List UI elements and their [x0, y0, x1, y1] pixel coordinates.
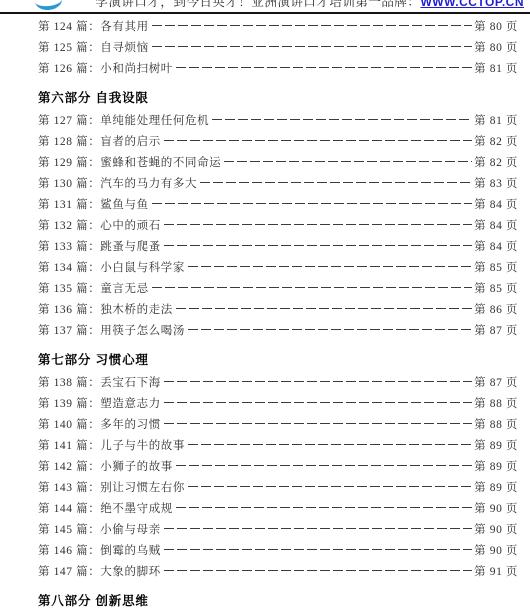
dotted-leader	[152, 203, 472, 204]
toc-entry: 第 130 篇：汽车的马力有多大 第 83 页	[38, 172, 518, 193]
toc-entry: 第 127 篇：单纯能处理任何危机 第 81 页	[38, 109, 518, 130]
toc-entry-title: 第 144 篇：绝不墨守成规	[38, 500, 173, 516]
toc-entry-title: 第 132 篇：心中的顽石	[38, 217, 161, 233]
toc-entry-title: 第 142 篇：小狮子的故事	[38, 458, 173, 474]
toc-entry: 第 125 篇：自寻烦恼 第 80 页	[38, 36, 518, 57]
dotted-leader	[164, 381, 472, 382]
toc-entry-title: 第 133 篇：跳蚤与爬蚤	[38, 238, 161, 254]
toc-entry-page: 第 89 页	[474, 437, 518, 453]
toc-entry-title: 第 129 篇：蜜蜂和苍蝇的不同命运	[38, 154, 221, 170]
toc-entry-page: 第 85 页	[474, 259, 518, 275]
toc-entry-page: 第 80 页	[474, 18, 518, 34]
toc-entry-page: 第 88 页	[474, 416, 518, 432]
dotted-leader	[164, 140, 472, 141]
toc-entry-page: 第 80 页	[474, 39, 518, 55]
toc-entry: 第 132 篇：心中的顽石 第 84 页	[38, 214, 518, 235]
toc-entry-title: 第 146 篇：倒霉的乌贼	[38, 542, 161, 558]
toc-entry-title: 第 130 篇：汽车的马力有多大	[38, 175, 197, 191]
toc-entry: 第 141 篇：儿子与牛的故事 第 89 页	[38, 434, 518, 455]
site-url-link[interactable]: WWW.CCTOP.CN	[420, 0, 524, 9]
toc-entry-page: 第 82 页	[474, 154, 518, 170]
dotted-leader	[152, 46, 472, 47]
toc-entry-page: 第 84 页	[474, 217, 518, 233]
toc-entry-title: 第 125 篇：自寻烦恼	[38, 39, 149, 55]
toc-entry-page: 第 89 页	[474, 458, 518, 474]
toc-entry-page: 第 84 页	[474, 196, 518, 212]
section-heading: 第六部分 自我设限	[38, 87, 518, 109]
section-heading: 第八部分 创新思维	[38, 590, 518, 608]
dotted-leader	[200, 182, 472, 183]
toc-entry-page: 第 85 页	[474, 280, 518, 296]
toc-entry-title: 第 135 篇：童言无忌	[38, 280, 149, 296]
dotted-leader	[176, 465, 472, 466]
toc-entry-title: 第 124 篇：各有其用	[38, 18, 149, 34]
toc-entry: 第 129 篇：蜜蜂和苍蝇的不同命运 第 82 页	[38, 151, 518, 172]
dotted-leader	[176, 308, 472, 309]
toc-entry: 第 131 篇：鲨鱼与鱼 第 84 页	[38, 193, 518, 214]
dotted-leader	[164, 570, 472, 571]
toc-entry: 第 139 篇：塑造意志力 第 88 页	[38, 392, 518, 413]
toc-entry: 第 134 篇：小白鼠与科学家 第 85 页	[38, 256, 518, 277]
toc-entry-title: 第 140 篇：多年的习惯	[38, 416, 161, 432]
dotted-leader	[164, 549, 472, 550]
toc-entry: 第 126 篇：小和尚扫树叶 第 81 页	[38, 57, 518, 78]
dotted-leader	[176, 67, 472, 68]
dotted-leader	[164, 528, 472, 529]
dotted-leader	[188, 329, 472, 330]
toc-entry-page: 第 90 页	[474, 542, 518, 558]
toc-entry-page: 第 81 页	[474, 112, 518, 128]
dotted-leader	[176, 507, 472, 508]
site-tagline-text: 学演讲口才，到今日英才！亚洲演讲口才培训第一品牌：	[95, 0, 420, 9]
toc-entry: 第 145 篇：小偷与母亲 第 90 页	[38, 518, 518, 539]
toc-entry: 第 143 篇：别让习惯左右你 第 89 页	[38, 476, 518, 497]
toc-entry: 第 142 篇：小狮子的故事 第 89 页	[38, 455, 518, 476]
page-header: 学演讲口才，到今日英才！亚洲演讲口才培训第一品牌：WWW.CCTOP.CN	[0, 0, 530, 14]
toc-list: 第 124 篇：各有其用 第 80 页 第 125 篇：自寻烦恼 第 80 页 …	[0, 14, 530, 608]
toc-entry: 第 138 篇：丢宝石下海 第 87 页	[38, 371, 518, 392]
toc-entry-title: 第 145 篇：小偷与母亲	[38, 521, 161, 537]
toc-entry-title: 第 147 篇：大象的脚环	[38, 563, 161, 579]
dotted-leader	[212, 119, 472, 120]
dotted-leader	[152, 287, 472, 288]
toc-entry-title: 第 137 篇：用筷子怎么喝汤	[38, 322, 185, 338]
toc-entry-title: 第 138 篇：丢宝石下海	[38, 374, 161, 390]
toc-entry-title: 第 131 篇：鲨鱼与鱼	[38, 196, 149, 212]
toc-entry: 第 140 篇：多年的习惯 第 88 页	[38, 413, 518, 434]
toc-entry: 第 144 篇：绝不墨守成规 第 90 页	[38, 497, 518, 518]
toc-entry: 第 128 篇：盲者的启示 第 82 页	[38, 130, 518, 151]
toc-entry-title: 第 128 篇：盲者的启示	[38, 133, 161, 149]
toc-entry-page: 第 86 页	[474, 301, 518, 317]
toc-entry-page: 第 88 页	[474, 395, 518, 411]
toc-entry-title: 第 136 篇：独木桥的走法	[38, 301, 173, 317]
toc-entry-title: 第 143 篇：别让习惯左右你	[38, 479, 185, 495]
dotted-leader	[188, 266, 472, 267]
dotted-leader	[164, 224, 472, 225]
toc-entry-title: 第 127 篇：单纯能处理任何危机	[38, 112, 209, 128]
toc-entry: 第 137 篇：用筷子怎么喝汤 第 87 页	[38, 319, 518, 340]
dotted-leader	[188, 486, 472, 487]
toc-entry-page: 第 90 页	[474, 500, 518, 516]
toc-entry: 第 124 篇：各有其用 第 80 页	[38, 15, 518, 36]
toc-entry: 第 135 篇：童言无忌 第 85 页	[38, 277, 518, 298]
toc-entry-page: 第 87 页	[474, 322, 518, 338]
dotted-leader	[188, 444, 472, 445]
document-page: 学演讲口才，到今日英才！亚洲演讲口才培训第一品牌：WWW.CCTOP.CN 第 …	[0, 0, 530, 608]
section-heading: 第七部分 习惯心理	[38, 349, 518, 371]
toc-entry-page: 第 87 页	[474, 374, 518, 390]
toc-entry-page: 第 91 页	[474, 563, 518, 579]
toc-entry-title: 第 141 篇：儿子与牛的故事	[38, 437, 185, 453]
dotted-leader	[152, 25, 472, 26]
toc-entry-page: 第 82 页	[474, 133, 518, 149]
toc-entry-title: 第 139 篇：塑造意志力	[38, 395, 161, 411]
toc-entry: 第 146 篇：倒霉的乌贼 第 90 页	[38, 539, 518, 560]
toc-entry-page: 第 90 页	[474, 521, 518, 537]
site-tagline: 学演讲口才，到今日英才！亚洲演讲口才培训第一品牌：WWW.CCTOP.CN	[95, 0, 524, 10]
dotted-leader	[164, 402, 472, 403]
toc-entry: 第 133 篇：跳蚤与爬蚤 第 84 页	[38, 235, 518, 256]
dotted-leader	[224, 161, 472, 162]
toc-entry: 第 136 篇：独木桥的走法 第 86 页	[38, 298, 518, 319]
brand-logo-swoosh-icon	[34, 0, 63, 11]
toc-entry-page: 第 89 页	[474, 479, 518, 495]
toc-entry-page: 第 83 页	[474, 175, 518, 191]
toc-entry-page: 第 81 页	[474, 60, 518, 76]
dotted-leader	[164, 423, 472, 424]
toc-entry-page: 第 84 页	[474, 238, 518, 254]
toc-entry: 第 147 篇：大象的脚环 第 91 页	[38, 560, 518, 581]
dotted-leader	[164, 245, 472, 246]
toc-entry-title: 第 126 篇：小和尚扫树叶	[38, 60, 173, 76]
toc-entry-title: 第 134 篇：小白鼠与科学家	[38, 259, 185, 275]
